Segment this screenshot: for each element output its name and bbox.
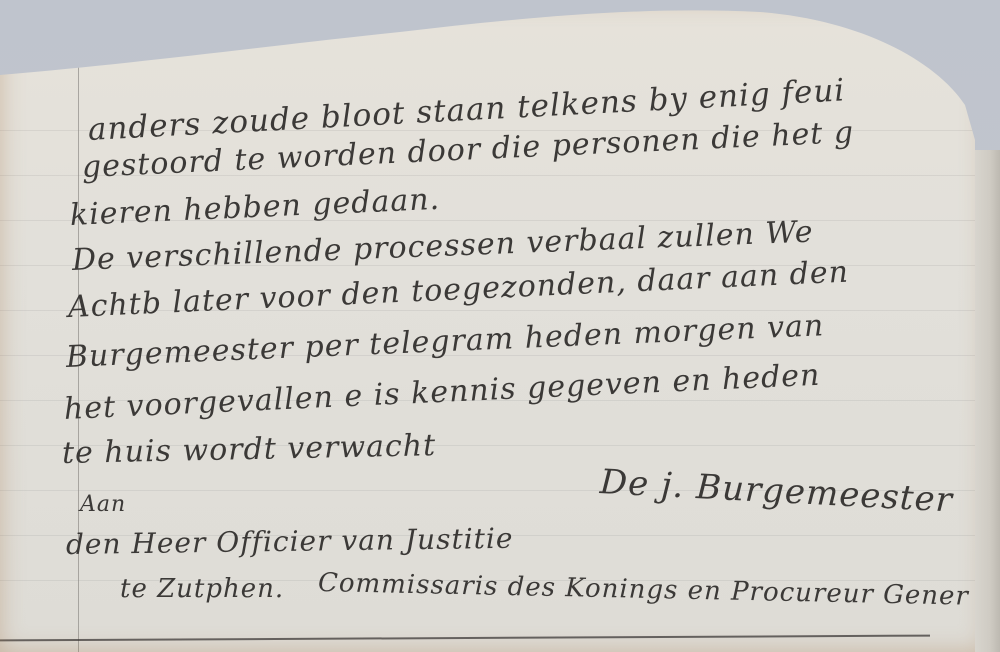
address-salutation: Aan	[80, 492, 126, 517]
text-line-8: te huis wordt verwacht	[62, 428, 437, 471]
letter-page: anders zoude bloot staan telkens by enig…	[0, 0, 985, 652]
address-additional: Commissaris des Konings en Procureur Gen…	[318, 568, 970, 612]
address-recipient: den Heer Officier van Justitie	[66, 522, 514, 561]
bottom-rule	[0, 635, 930, 642]
text-line-3: kieren hebben gedaan.	[69, 182, 441, 233]
address-place: te Zutphen.	[120, 574, 284, 604]
signature: De j. Burgemeester	[599, 462, 954, 520]
next-page-edge	[975, 150, 1000, 652]
